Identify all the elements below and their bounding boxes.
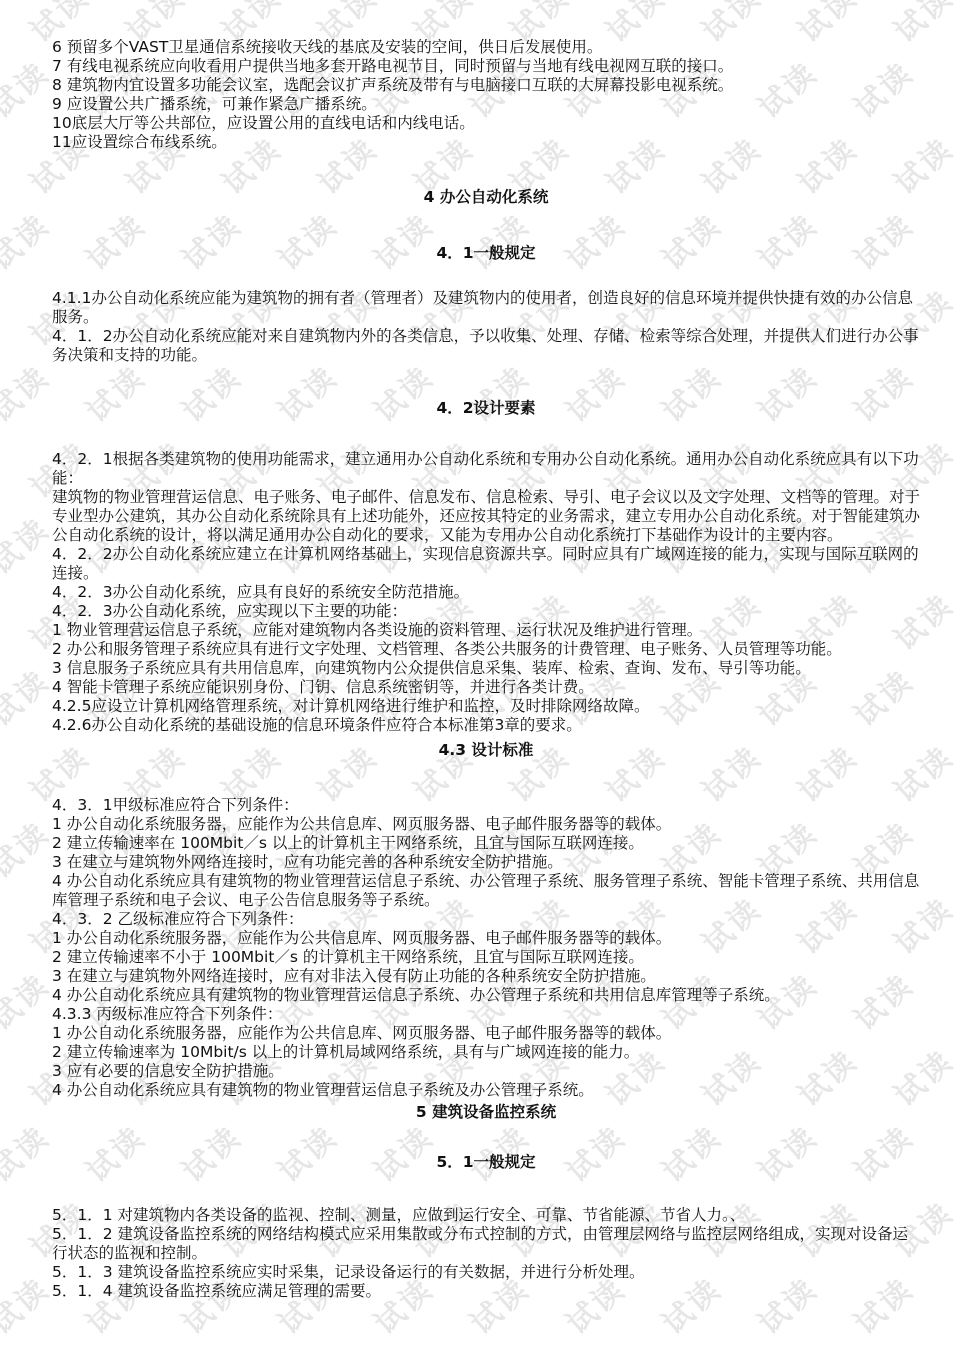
clause-4-3-2-item-3: 3 在建立与建筑物外网络连接时，应有对非法入侵有防止功能的各种系统安全防护措施。 <box>52 967 920 986</box>
watermark-text: 试读 <box>0 430 1 507</box>
clause-4-3-1-item-3: 3 在建立与建筑物外网络连接时，应有功能完善的各种系统安全防护措施。 <box>52 853 920 872</box>
intro-line: 8 建筑物内宜设置多功能会议室，选配会议扩声系统及带有与电脑接口互联的大屏幕投影… <box>52 76 920 95</box>
clause-4-3-1: 4．3．1甲级标准应符合下列条件： <box>52 796 920 815</box>
watermark-text: 试读 <box>0 278 1 355</box>
intro-line: 6 预留多个VAST卫星通信系统接收天线的基底及安装的空间，供日后发展使用。 <box>52 38 920 57</box>
watermark-text: 试读 <box>0 126 1 203</box>
watermark-text: 试读 <box>0 0 1 50</box>
watermark-text: 试读 <box>0 1038 1 1115</box>
clause-4-2-3b: 4．2．3办公自动化系统，应实现以下主要的功能： <box>52 602 920 621</box>
clause-5-1-1: 5．1．1 对建筑物内各类设备的监视、控制、测量，应做到运行安全、可靠、节省能源… <box>52 1206 920 1225</box>
document-page: 试读试读试读试读试读试读试读试读试读试读试读试读试读试读试读试读试读试读试读试读… <box>0 0 960 1357</box>
clause-4-3-2-item-2: 2 建立传输速率不小于 100Mbit／s 的计算机主干网络系统，且宜与国际互联… <box>52 948 920 967</box>
clause-4-1-1: 4.1.1办公自动化系统应能为建筑物的拥有者（管理者）及建筑物内的使用者，创造良… <box>52 289 920 327</box>
intro-line: 11应设置综合布线系统。 <box>52 133 920 152</box>
clause-4-2-6: 4.2.6办公自动化系统的基础设施的信息环境条件应符合本标准第3章的要求。 <box>52 716 920 735</box>
clause-4-2-3a: 4．2．3办公自动化系统，应具有良好的系统安全防范措施。 <box>52 583 920 602</box>
watermark-text: 试读 <box>0 506 57 583</box>
section-4-2-title: 4．2设计要素 <box>52 399 920 418</box>
section-5-title: 5 建筑设备监控系统 <box>52 1103 920 1122</box>
watermark-text: 试读 <box>0 1266 57 1343</box>
clause-5-1-2: 5．1．2 建筑设备监控系统的网络结构模式应采用集散或分布式控制的方式，由管理层… <box>52 1225 920 1263</box>
clause-4-2-5: 4.2.5应设立计算机网络管理系统，对计算机网络进行维护和监控，及时排除网络故障… <box>52 697 920 716</box>
watermark-text: 试读 <box>0 202 57 279</box>
watermark-text: 试读 <box>0 886 1 963</box>
document-content: 6 预留多个VAST卫星通信系统接收天线的基底及安装的空间，供日后发展使用。 7… <box>52 38 920 1301</box>
clause-4-2-2: 4．2．2办公自动化系统应建立在计算机网络基础上，实现信息资源共享。同时应具有广… <box>52 545 920 583</box>
intro-line: 9 应设置公共广播系统，可兼作紧急广播系统。 <box>52 95 920 114</box>
section-4-title: 4 办公自动化系统 <box>52 188 920 207</box>
clause-4-3-1-item-1: 1 办公自动化系统服务器，应能作为公共信息库、网页服务器、电子邮件服务器等的载体… <box>52 815 920 834</box>
clause-4-3-1-item-2: 2 建立传输速率在 100Mbit／s 以上的计算机主干网络系统，且宜与国际互联… <box>52 834 920 853</box>
watermark-text: 试读 <box>0 658 57 735</box>
clause-4-2-1-functions: 建筑物的物业管理营运信息、电子账务、电子邮件、信息发布、信息检索、导引、电子会议… <box>52 488 920 545</box>
watermark-text: 试读 <box>0 962 57 1039</box>
clause-4-3-3: 4.3.3 丙级标准应符合下列条件： <box>52 1005 920 1024</box>
intro-line: 7 有线电视系统应向收看用户提供当地多套开路电视节目，同时预留与当地有线电视网互… <box>52 57 920 76</box>
clause-5-1-3: 5．1．3 建筑设备监控系统应实时采集，记录设备运行的有关数据，并进行分析处理。 <box>52 1263 920 1282</box>
clause-4-3-3-item-2: 2 建立传输速率为 10Mbit/s 以上的计算机局域网络系统，具有与广域网连接… <box>52 1043 920 1062</box>
clause-4-3-3-item-1: 1 办公自动化系统服务器，应能作为公共信息库、网页服务器、电子邮件服务器等的载体… <box>52 1024 920 1043</box>
clause-5-1-4: 5．1．4 建筑设备监控系统应满足管理的需要。 <box>52 1282 920 1301</box>
watermark-text: 试读 <box>0 50 57 127</box>
clause-4-3-3-item-4: 4 办公自动化系统应具有建筑物的物业管理营运信息子系统及办公管理子系统。 <box>52 1081 920 1100</box>
clause-4-1-2: 4．1．2办公自动化系统应能对来自建筑物内外的各类信息，予以收集、处理、存储、检… <box>52 327 920 365</box>
watermark-text: 试读 <box>0 810 57 887</box>
clause-4-2-3-item-2: 2 办公和服务管理子系统应具有进行文字处理、文档管理、各类公共服务的计费管理、电… <box>52 640 920 659</box>
clause-4-2-3-item-4: 4 智能卡管理子系统应能识别身份、门钥、信息系统密钥等，并进行各类计费。 <box>52 678 920 697</box>
clause-4-3-2-item-1: 1 办公自动化系统服务器，应能作为公共信息库、网页服务器、电子邮件服务器等的载体… <box>52 929 920 948</box>
clause-4-2-3-item-1: 1 物业管理营运信息子系统，应能对建筑物内各类设施的资料管理、运行状况及维护进行… <box>52 621 920 640</box>
watermark-text: 试读 <box>0 582 1 659</box>
section-5-1-title: 5．1一般规定 <box>52 1153 920 1172</box>
section-4-1-title: 4．1一般规定 <box>52 244 920 263</box>
clause-4-3-1-item-4: 4 办公自动化系统应具有建筑物的物业管理营运信息子系统、办公管理子系统、服务管理… <box>52 872 920 910</box>
watermark-text: 试读 <box>0 1190 1 1267</box>
clause-4-3-2: 4．3．2 乙级标准应符合下列条件： <box>52 910 920 929</box>
clause-4-2-3-item-3: 3 信息服务子系统应具有共用信息库，向建筑物内公众提供信息采集、装库、检索、查询… <box>52 659 920 678</box>
clause-4-3-2-item-4: 4 办公自动化系统应具有建筑物的物业管理营运信息子系统、办公管理子系统和共用信息… <box>52 986 920 1005</box>
clause-4-2-1: 4．2．1根据各类建筑物的使用功能需求，建立通用办公自动化系统和专用办公自动化系… <box>52 450 920 488</box>
intro-line: 10底层大厅等公共部位，应设置公用的直线电话和内线电话。 <box>52 114 920 133</box>
section-4-3-title: 4.3 设计标准 <box>52 741 920 760</box>
watermark-text: 试读 <box>0 354 57 431</box>
watermark-text: 试读 <box>0 734 1 811</box>
watermark-text: 试读 <box>0 1114 57 1191</box>
clause-4-3-3-item-3: 3 应有必要的信息安全防护措施。 <box>52 1062 920 1081</box>
